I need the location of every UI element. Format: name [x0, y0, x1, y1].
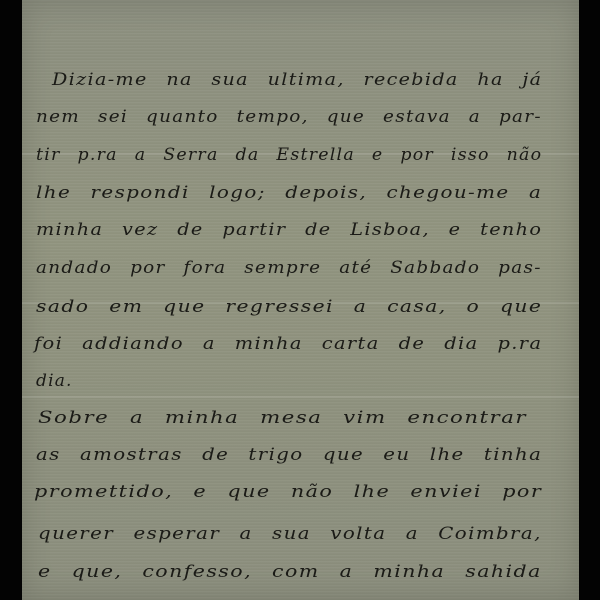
letter-line-13: querer esperar a sua volta a Coimbra, [38, 524, 542, 544]
letter-line-1: Dizia-me na sua ultima, recebida ha já [52, 70, 542, 90]
letter-page: Dizia-me na sua ultima, recebida ha já n… [22, 0, 579, 600]
letter-line-7: sado em que regressei a casa, o que [36, 297, 542, 317]
letter-line-2: nem sei quanto tempo, que estava a par- [36, 107, 542, 127]
paper-fold-line [22, 396, 579, 398]
letter-line-3: tir p.ra a Serra da Estrella e por isso … [36, 145, 542, 165]
letter-line-14: e que, confesso, com a minha sahida [38, 562, 542, 582]
letter-line-9: dia. [36, 371, 73, 391]
scan-frame: Dizia-me na sua ultima, recebida ha já n… [0, 0, 600, 600]
letter-line-12: promettido, e que não lhe enviei por [34, 482, 542, 502]
letter-line-10: Sobre a minha mesa vim encontrar [38, 408, 527, 428]
letter-line-8: foi addiando a minha carta de dia p.ra [34, 334, 542, 354]
letter-line-6: andado por fora sempre até Sabbado pas- [36, 258, 542, 278]
letter-line-5: minha vez de partir de Lisboa, e tenho [36, 220, 542, 240]
letter-line-11: as amostras de trigo que eu lhe tinha [36, 445, 542, 465]
letter-line-4: lhe respondi logo; depois, chegou-me a [36, 183, 542, 203]
